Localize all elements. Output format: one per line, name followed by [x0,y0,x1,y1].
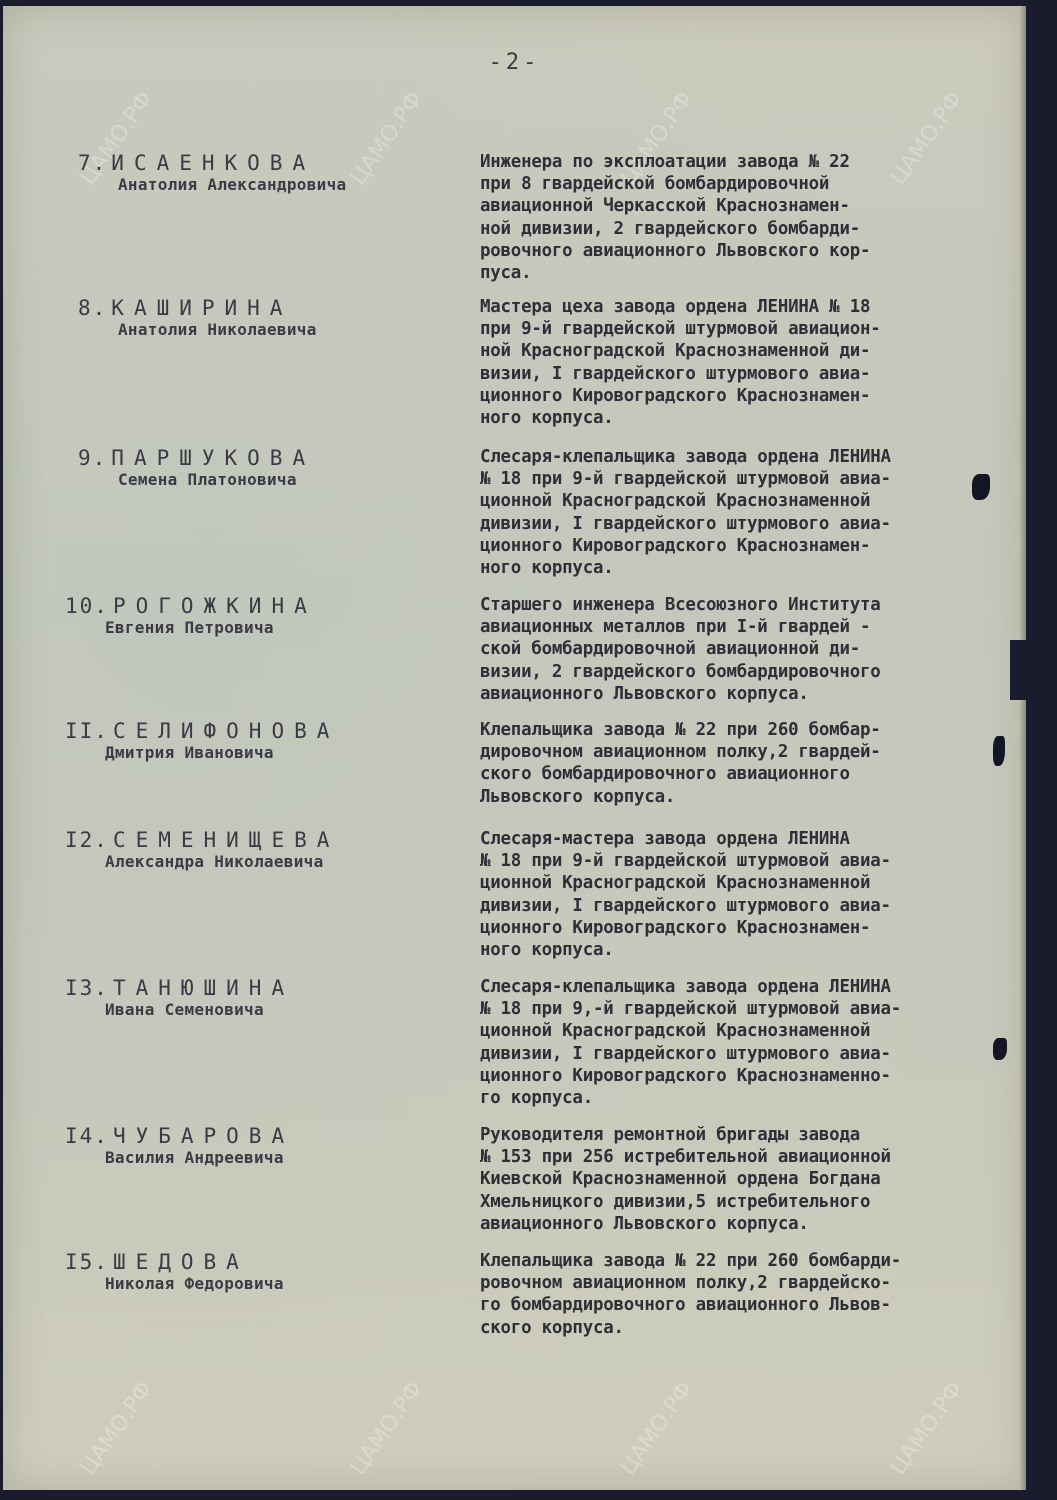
page-tear [1010,640,1026,700]
position-description: Старшего инженера Всесоюзного Института … [480,594,1020,705]
surname: I4.ЧУБАРОВА [65,1124,455,1148]
position-description: Слесаря-клепальщика завода ордена ЛЕНИНА… [480,446,1020,579]
description-line: пуса. [480,262,1020,284]
entry-number: 8. [78,296,107,320]
description-line: визии, 2 гвардейского бомбардировочного [480,661,1020,683]
punch-hole-mark [993,1038,1007,1060]
person-name-block: I2.СЕМЕНИЩЕВА Александра Николаевича [65,828,455,872]
watermark: ЦАМО.РФ [616,1377,698,1480]
entry-number: I2. [65,828,109,852]
given-names: Василия Андреевича [65,1148,455,1168]
description-line: дивизии, I гвардейского штурмового авиа- [480,1043,1020,1065]
given-names: Николая Федоровича [65,1274,455,1294]
description-line: го корпуса. [480,1087,1020,1109]
description-line: ной Красноградской Краснознаменной ди- [480,340,1020,362]
description-line: Мастера цеха завода ордена ЛЕНИНА № 18 [480,296,1020,318]
position-description: Клепальщика завода № 22 при 260 бомбарди… [480,1250,1020,1339]
surname: II.СЕЛИФОНОВА [65,719,455,743]
description-line: № 18 при 9-й гвардейской штурмовой авиа- [480,468,1020,490]
person-name-block: 9.ПАРШУКОВА Семена Платоновича [78,446,468,490]
position-description: Руководителя ремонтной бригады завода № … [480,1124,1020,1235]
given-names: Семена Платоновича [78,470,468,490]
entry-number: I5. [65,1250,109,1274]
page-edge [1020,6,1026,1490]
description-line: авиационных металлов при I-й гвардей - [480,616,1020,638]
punch-hole-mark [993,736,1005,766]
description-line: Киевской Краснознаменной ордена Богдана [480,1168,1020,1190]
description-line: ционного Кировоградского Краснознамен- [480,385,1020,407]
description-line: Руководителя ремонтной бригады завода [480,1124,1020,1146]
description-line: Клепальщика завода № 22 при 260 бомбарди… [480,1250,1020,1272]
description-line: ционной Красноградской Краснознаменной [480,1020,1020,1042]
description-line: ного корпуса. [480,407,1020,429]
watermark: ЦАМО.РФ [346,1377,428,1480]
watermark: ЦАМО.РФ [76,1377,158,1480]
surname: I5.ШЕДОВА [65,1250,455,1274]
position-description: Клепальщика завода № 22 при 260 бомбар- … [480,719,1020,808]
description-line: ной дивизии, 2 гвардейского бомбарди- [480,218,1020,240]
description-line: ровочного авиационного Львовского кор- [480,240,1020,262]
description-line: ского бомбардировочного авиационного [480,763,1020,785]
description-line: авиационного Львовского корпуса. [480,1213,1020,1235]
description-line: ного корпуса. [480,939,1020,961]
description-line: ционного Кировоградского Краснознамен- [480,917,1020,939]
description-line: дивизии, I гвардейского штурмового авиа- [480,513,1020,535]
description-line: Слесаря-мастера завода ордена ЛЕНИНА [480,828,1020,850]
entry-number: 7. [78,151,107,175]
entry-number: I3. [65,976,109,1000]
position-description: Слесаря-мастера завода ордена ЛЕНИНА № 1… [480,828,1020,961]
description-line: ровочном авиационном полку,2 гвардейско- [480,1272,1020,1294]
position-description: Слесаря-клепальщика завода ордена ЛЕНИНА… [480,976,1020,1109]
given-names: Ивана Семеновича [65,1000,455,1020]
entry-number: I4. [65,1124,109,1148]
entry-number: 10. [65,594,109,618]
surname: 7.ИСАЕНКОВА [78,151,468,175]
description-line: Слесаря-клепальщика завода ордена ЛЕНИНА [480,446,1020,468]
entry-number: 9. [78,446,107,470]
description-line: ционного Кировоградского Краснознаменно- [480,1065,1020,1087]
document-page: ЦАМО.РФ ЦАМО.РФ ЦАМО.РФ ЦАМО.РФ ЦАМО.РФ … [3,6,1026,1490]
person-name-block: 10.РОГОЖКИНА Евгения Петровича [65,594,455,638]
person-name-block: 7.ИСАЕНКОВА Анатолия Александровича [78,151,468,195]
given-names: Анатолия Николаевича [78,320,468,340]
watermark: ЦАМО.РФ [886,1377,968,1480]
description-line: визии, I гвардейского штурмового авиа- [480,363,1020,385]
description-line: при 9-й гвардейской штурмовой авиацион- [480,318,1020,340]
description-line: № 18 при 9,-й гвардейской штурмовой авиа… [480,998,1020,1020]
description-line: Старшего инженера Всесоюзного Института [480,594,1020,616]
description-line: авиационной Черкасской Краснознамен- [480,195,1020,217]
description-line: ционной Красноградской Краснознаменной [480,872,1020,894]
surname: 10.РОГОЖКИНА [65,594,455,618]
description-line: дировочном авиационном полку,2 гвардей- [480,741,1020,763]
description-line: Клепальщика завода № 22 при 260 бомбар- [480,719,1020,741]
given-names: Евгения Петровича [65,618,455,638]
description-line: при 8 гвардейской бомбардировочной [480,173,1020,195]
description-line: Хмельницкого дивизии,5 истребительного [480,1191,1020,1213]
given-names: Анатолия Александровича [78,175,468,195]
description-line: Инженера по эксплоатации завода № 22 [480,151,1020,173]
entry-number: II. [65,719,109,743]
page-number: -2- [3,50,1026,75]
description-line: ционного Кировоградского Краснознамен- [480,535,1020,557]
position-description: Инженера по эксплоатации завода № 22 при… [480,151,1020,284]
description-line: Львовского корпуса. [480,786,1020,808]
surname: I3.ТАНЮШИНА [65,976,455,1000]
surname: 9.ПАРШУКОВА [78,446,468,470]
person-name-block: II.СЕЛИФОНОВА Дмитрия Ивановича [65,719,455,763]
person-name-block: I5.ШЕДОВА Николая Федоровича [65,1250,455,1294]
description-line: ского корпуса. [480,1317,1020,1339]
description-line: ного корпуса. [480,557,1020,579]
given-names: Дмитрия Ивановича [65,743,455,763]
description-line: дивизии, I гвардейского штурмового авиа- [480,895,1020,917]
description-line: го бомбардировочного авиационного Львов- [480,1294,1020,1316]
description-line: № 153 при 256 истребительной авиационной [480,1146,1020,1168]
description-line: № 18 при 9-й гвардейской штурмовой авиа- [480,850,1020,872]
person-name-block: I4.ЧУБАРОВА Василия Андреевича [65,1124,455,1168]
description-line: авиационного Львовского корпуса. [480,683,1020,705]
description-line: Слесаря-клепальщика завода ордена ЛЕНИНА [480,976,1020,998]
punch-hole-mark [972,474,990,500]
given-names: Александра Николаевича [65,852,455,872]
description-line: ской бомбардировочной авиационной ди- [480,638,1020,660]
person-name-block: 8.КАШИРИНА Анатолия Николаевича [78,296,468,340]
surname: 8.КАШИРИНА [78,296,468,320]
person-name-block: I3.ТАНЮШИНА Ивана Семеновича [65,976,455,1020]
description-line: ционной Красноградской Краснознаменной [480,490,1020,512]
position-description: Мастера цеха завода ордена ЛЕНИНА № 18 п… [480,296,1020,429]
surname: I2.СЕМЕНИЩЕВА [65,828,455,852]
